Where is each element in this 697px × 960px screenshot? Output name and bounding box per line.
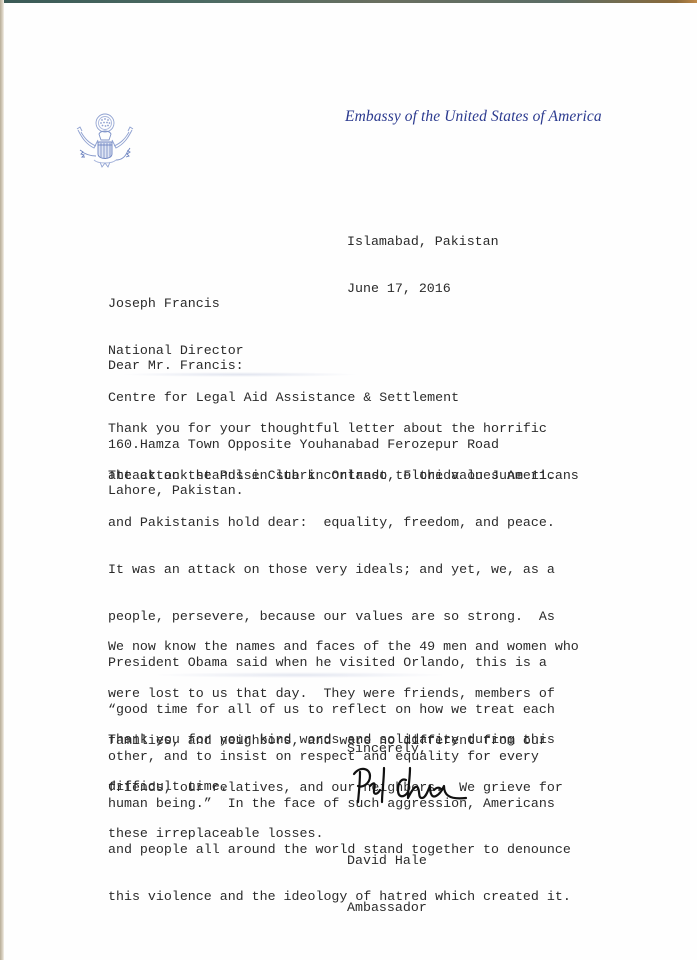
- paragraph-line: and Pakistanis hold dear: equality, free…: [108, 515, 579, 531]
- paragraph-line: We now know the names and faces of the 4…: [108, 639, 579, 655]
- recipient-title: National Director: [108, 343, 499, 359]
- place: Islamabad, Pakistan: [347, 234, 499, 250]
- signer-block: David Hale Ambassador: [347, 822, 427, 947]
- ink-smudge: [150, 672, 450, 678]
- signer-name: David Hale: [347, 853, 427, 869]
- closing: Sincerely,: [347, 741, 427, 757]
- letter-page: Embassy of the United States of America …: [0, 0, 697, 960]
- paragraph-line: Thank you for your thoughtful letter abo…: [108, 421, 555, 437]
- paragraph-line: difficult time.: [108, 779, 555, 795]
- great-seal-eagle-icon: [72, 110, 138, 180]
- recipient-name: Joseph Francis: [108, 296, 499, 312]
- handwritten-signature-icon: [348, 760, 478, 810]
- paragraph-line: Thank you for your kind words and solida…: [108, 732, 555, 748]
- paragraph-line: these irreplaceable losses.: [108, 826, 579, 842]
- paragraph-line: were lost to us that day. They were frie…: [108, 686, 579, 702]
- salutation: Dear Mr. Francis:: [108, 358, 244, 374]
- scan-left-edge: [0, 0, 4, 960]
- body-paragraph-4: Thank you for your kind words and solida…: [108, 701, 555, 826]
- scan-top-edge: [0, 0, 697, 3]
- signer-title: Ambassador: [347, 900, 427, 916]
- paragraph-line: this violence and the ideology of hatred…: [108, 889, 579, 905]
- paragraph-line: The attack stands in stark contrast to t…: [108, 468, 579, 484]
- paragraph-line: It was an attack on those very ideals; a…: [108, 562, 579, 578]
- letterhead-title: Embassy of the United States of America: [345, 108, 602, 126]
